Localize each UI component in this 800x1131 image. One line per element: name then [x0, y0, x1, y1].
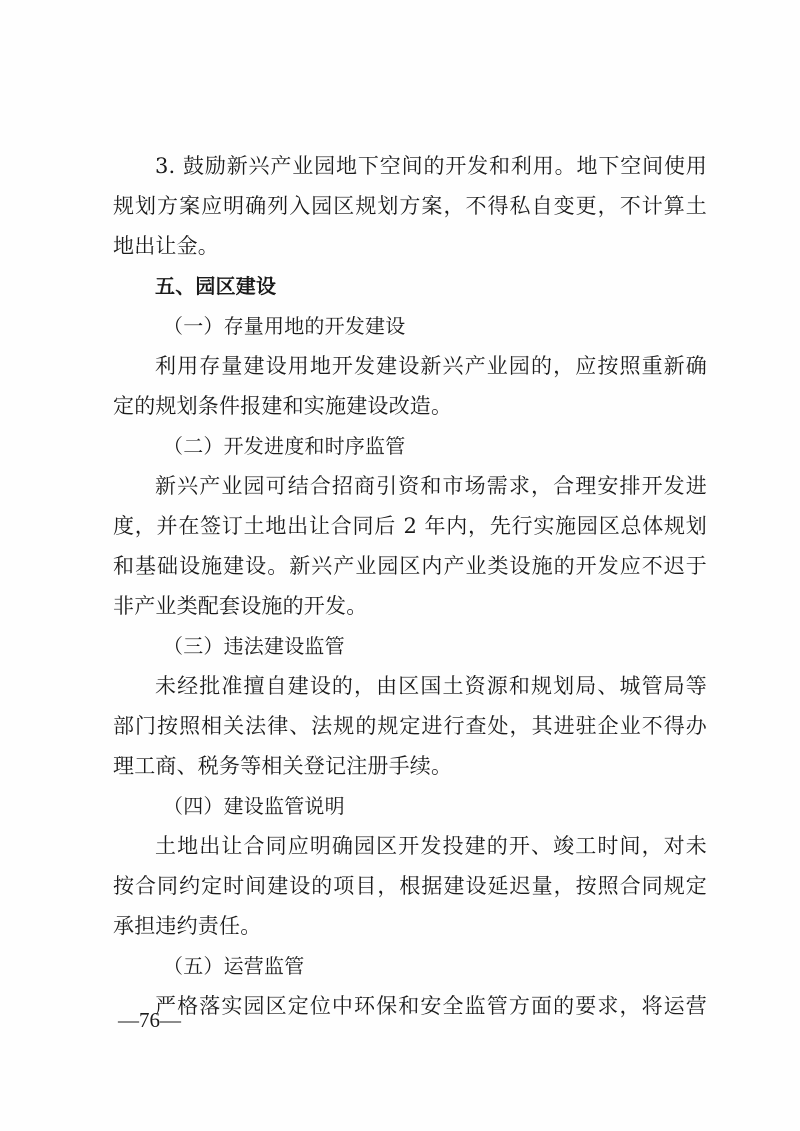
paragraph-item-3: 3. 鼓励新兴产业园地下空间的开发和利用。地下空间使用 规划方案应明确列入园区规…: [113, 146, 707, 266]
paragraph-operations: 严格落实园区定位中环保和安全监管方面的要求，将运营: [113, 986, 707, 1026]
text-line: 度，并在签订土地出让合同后 2 年内，先行实施园区总体规划: [113, 506, 707, 546]
text-line: 规划方案应明确列入园区规划方案，不得私自变更，不计算土: [113, 186, 707, 226]
paragraph-illegal-construction: 未经批准擅自建设的，由区国土资源和规划局、城管局等 部门按照相关法律、法规的规定…: [113, 666, 707, 786]
text-line: 3. 鼓励新兴产业园地下空间的开发和利用。地下空间使用: [113, 146, 707, 186]
text-line: 地出让金。: [113, 226, 707, 266]
text-line: 非产业类配套设施的开发。: [113, 586, 707, 626]
subheading-3: （三）违法建设监管: [113, 626, 707, 666]
text-line: 和基础设施建设。新兴产业园区内产业类设施的开发应不迟于: [113, 546, 707, 586]
text-line: 土地出让合同应明确园区开发投建的开、竣工时间，对未: [113, 826, 707, 866]
subheading-4: （四）建设监管说明: [113, 786, 707, 826]
page-content: 3. 鼓励新兴产业园地下空间的开发和利用。地下空间使用 规划方案应明确列入园区规…: [113, 146, 707, 1026]
text-line: 未经批准擅自建设的，由区国土资源和规划局、城管局等: [113, 666, 707, 706]
section-heading: 五、园区建设: [113, 266, 707, 306]
text-line: 理工商、税务等相关登记注册手续。: [113, 746, 707, 786]
paragraph-progress-schedule: 新兴产业园可结合招商引资和市场需求，合理安排开发进 度，并在签订土地出让合同后 …: [113, 466, 707, 626]
text-line: 按合同约定时间建设的项目，根据建设延迟量，按照合同规定: [113, 866, 707, 906]
subheading-2: （二）开发进度和时序监管: [113, 426, 707, 466]
text-line: 新兴产业园可结合招商引资和市场需求，合理安排开发进: [113, 466, 707, 506]
text-line: 定的规划条件报建和实施建设改造。: [113, 386, 707, 426]
paragraph-existing-land: 利用存量建设用地开发建设新兴产业园的，应按照重新确 定的规划条件报建和实施建设改…: [113, 346, 707, 426]
text-line: 承担违约责任。: [113, 906, 707, 946]
subheading-1: （一）存量用地的开发建设: [113, 306, 707, 346]
text-line: 利用存量建设用地开发建设新兴产业园的，应按照重新确: [113, 346, 707, 386]
subheading-5: （五）运营监管: [113, 946, 707, 986]
page-number: —76—: [118, 1008, 181, 1033]
paragraph-supervision-notes: 土地出让合同应明确园区开发投建的开、竣工时间，对未 按合同约定时间建设的项目，根…: [113, 826, 707, 946]
text-line: 部门按照相关法律、法规的规定进行查处，其进驻企业不得办: [113, 706, 707, 746]
document-page: 3. 鼓励新兴产业园地下空间的开发和利用。地下空间使用 规划方案应明确列入园区规…: [0, 0, 800, 1131]
text-line: 严格落实园区定位中环保和安全监管方面的要求，将运营: [113, 986, 707, 1026]
